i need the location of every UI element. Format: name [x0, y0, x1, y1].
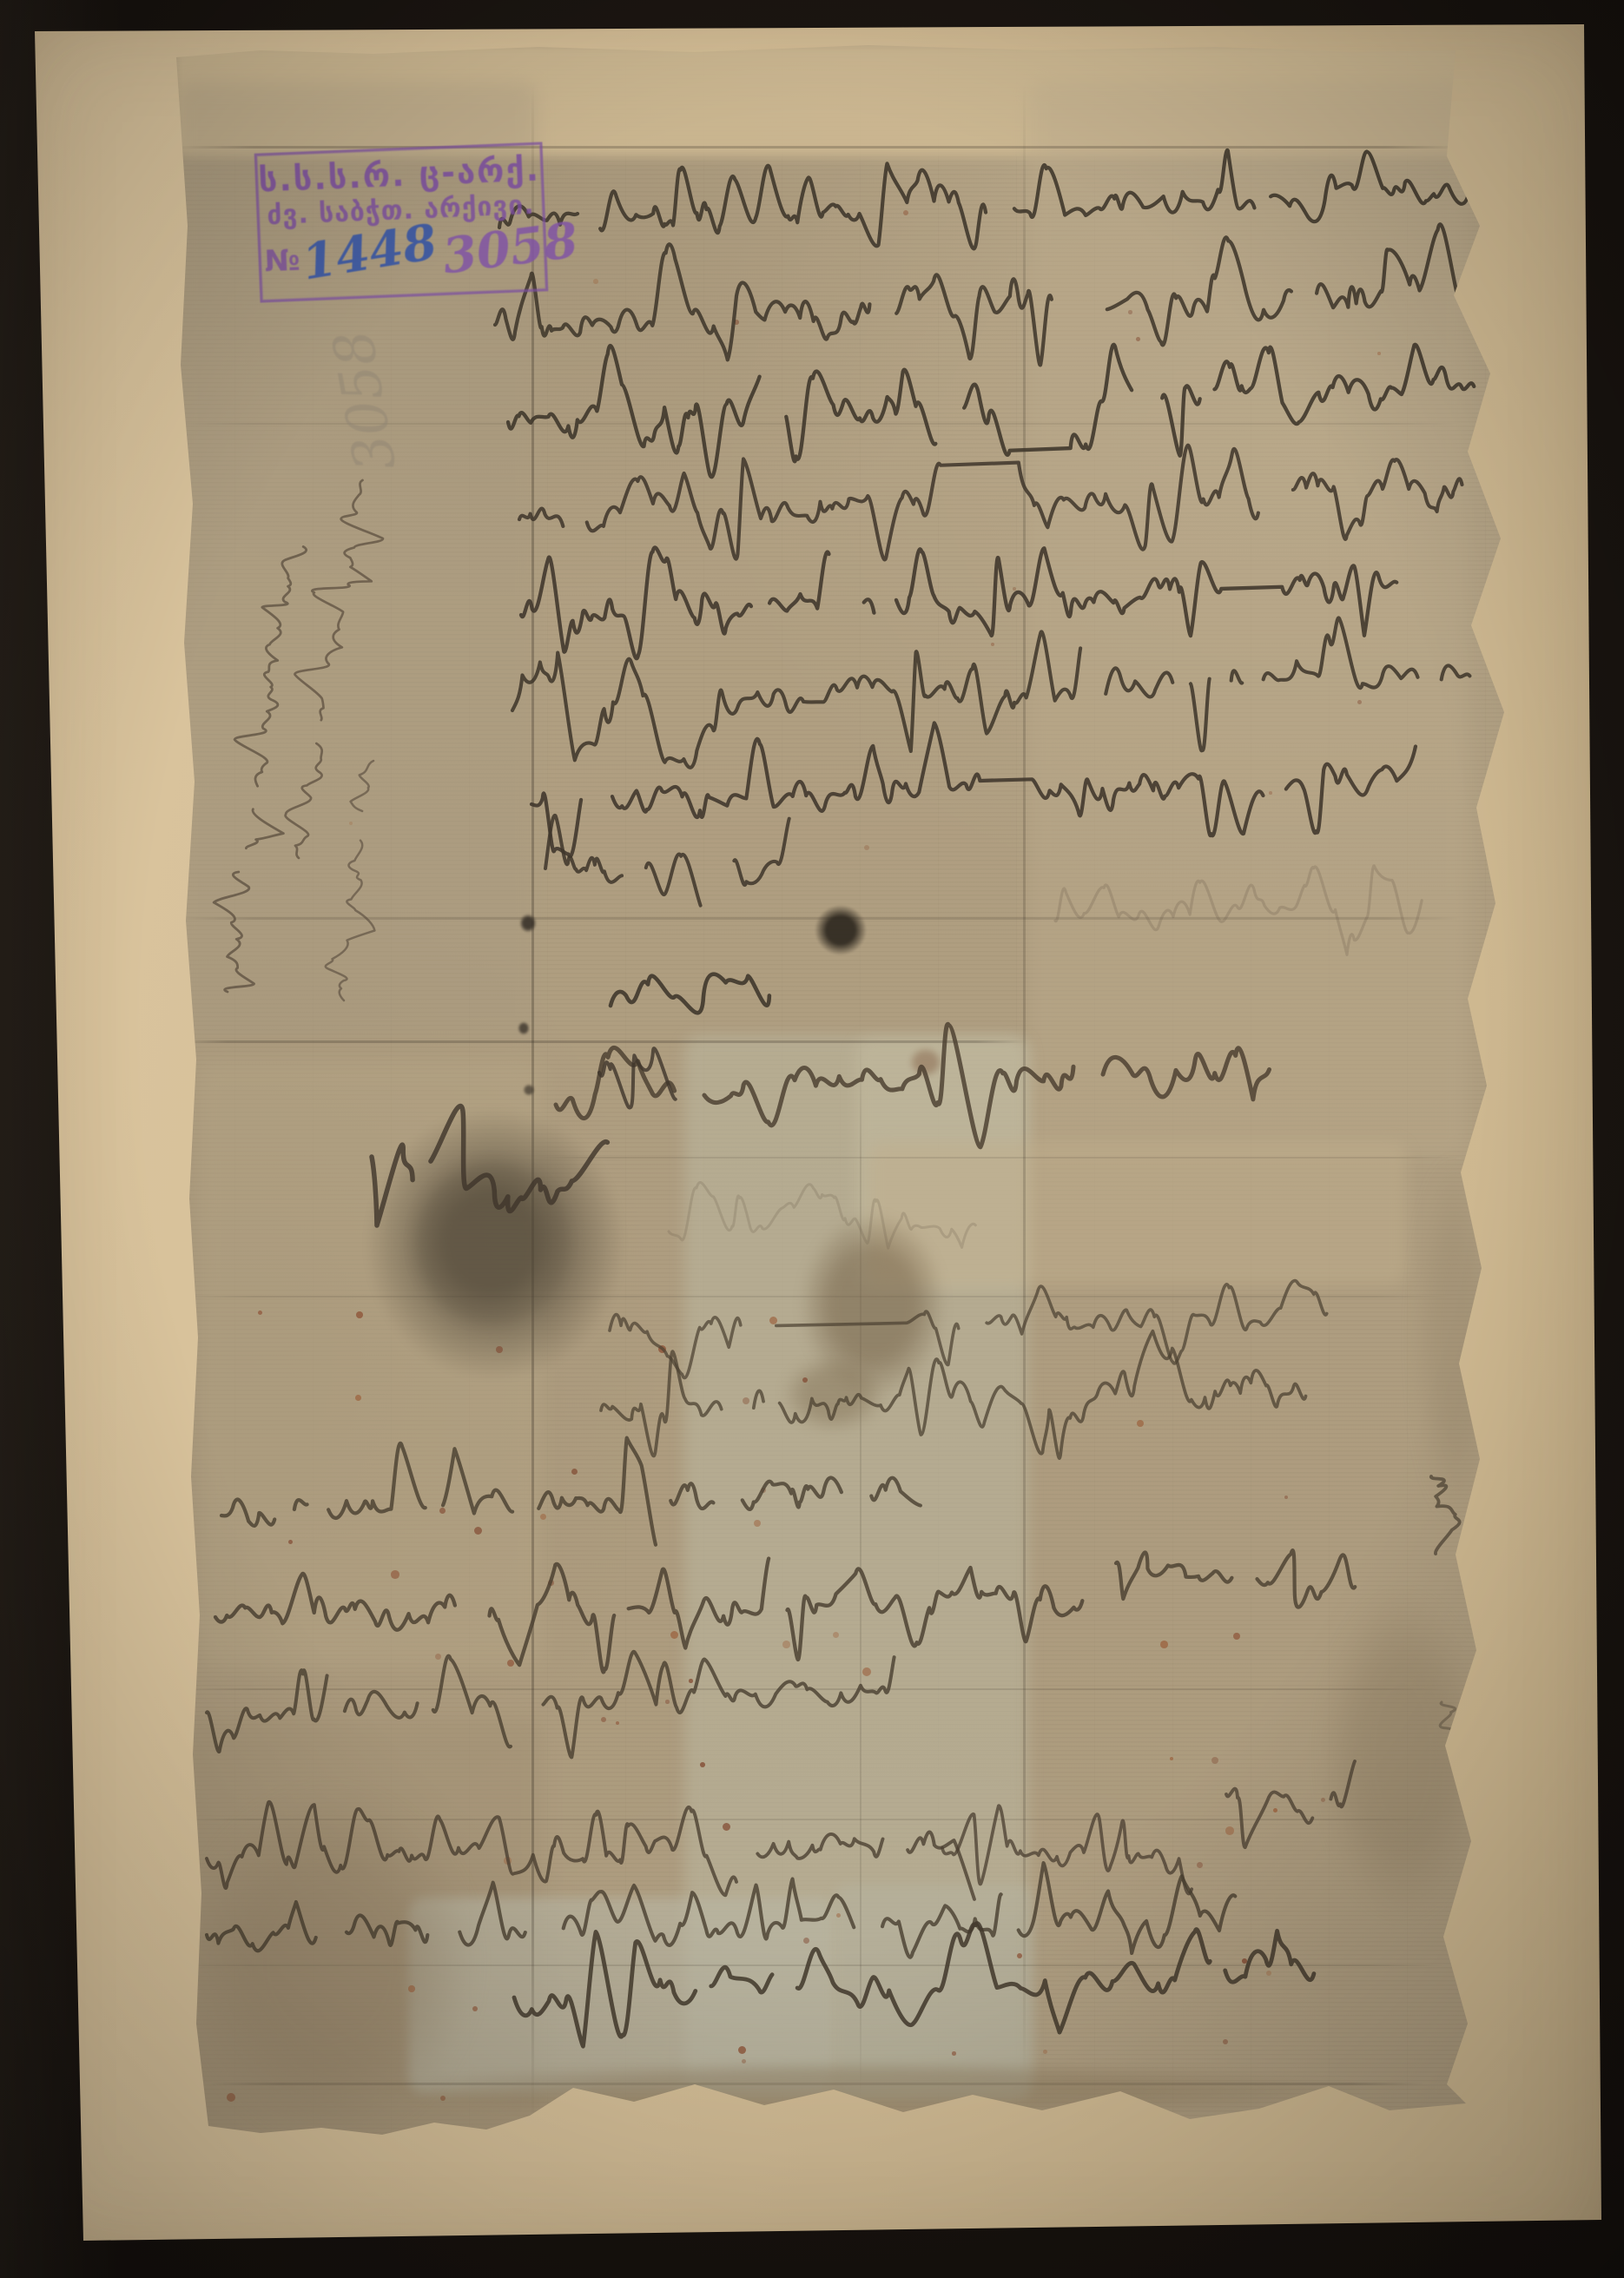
foxing-speck: [862, 1667, 871, 1676]
foxing-speck: [355, 1395, 361, 1401]
foxing-speck: [349, 822, 353, 825]
foxing-speck: [782, 1641, 790, 1648]
foxing-speck: [1013, 587, 1016, 591]
foxing-speck: [391, 1570, 399, 1579]
foxing-speck: [227, 2093, 235, 2102]
foxing-speck: [504, 1857, 512, 1865]
foxing-speck: [1225, 1826, 1234, 1835]
crease-line: [176, 1040, 1027, 1043]
foxing-speck: [408, 1985, 415, 1992]
foxing-speck: [665, 1700, 670, 1704]
foxing-speck: [548, 1580, 554, 1586]
foxing-speck: [439, 1508, 446, 1514]
crease-ink-dot-3: [523, 1084, 535, 1096]
left-lower-stain: [182, 1789, 478, 2136]
seal-blot-core: [408, 1155, 573, 1329]
foxing-speck: [496, 1346, 503, 1353]
signature-right-light: [868, 1142, 1407, 1285]
crease-ink-dot-1: [519, 914, 537, 933]
archive-stamp: ს.ს.ს.რ. ც-არქ. ძვ. საბჭთ. არქივი. № 144…: [254, 142, 549, 302]
foxing-speck: [1273, 1808, 1277, 1812]
manuscript-paper: [0, 0, 1624, 2278]
foxing-speck: [700, 1762, 705, 1767]
photo-background: ს.ს.ს.რ. ც-არქ. ძვ. საბჭთ. არქივი. № 144…: [0, 0, 1624, 2278]
foxing-speck: [1128, 310, 1132, 314]
foxing-speck: [803, 1938, 809, 1944]
foxing-speck: [952, 2051, 956, 2056]
foxing-speck: [1160, 1641, 1168, 1648]
crease-ink-dot-2: [518, 1021, 530, 1035]
foxing-speck: [734, 320, 739, 325]
foxing-speck: [507, 1660, 514, 1667]
foxing-speck: [435, 1654, 441, 1660]
foxing-speck: [1377, 352, 1381, 355]
crease-line: [531, 83, 534, 2123]
foxing-speck: [356, 1311, 363, 1318]
ink-smudge-tail: [782, 1355, 886, 1433]
foxing-speck: [1269, 791, 1272, 795]
numero-sign: №: [264, 243, 300, 280]
crease-line: [1023, 83, 1026, 2080]
crease-line: [860, 1033, 862, 2102]
small-brown-spot: [908, 1047, 943, 1078]
foxing-speck: [593, 279, 598, 284]
foxing-speck: [1136, 337, 1140, 341]
foxing-speck: [540, 1514, 546, 1520]
foxing-speck: [1242, 1958, 1247, 1964]
right-column-tone: [1029, 83, 1468, 1159]
ink-spatter: [815, 905, 867, 955]
crease-line: [538, 1157, 1459, 1159]
foxing-speck: [1357, 700, 1362, 704]
foxing-speck: [689, 1679, 693, 1683]
foxing-speck: [761, 1488, 766, 1493]
crease-line: [176, 1688, 1444, 1690]
